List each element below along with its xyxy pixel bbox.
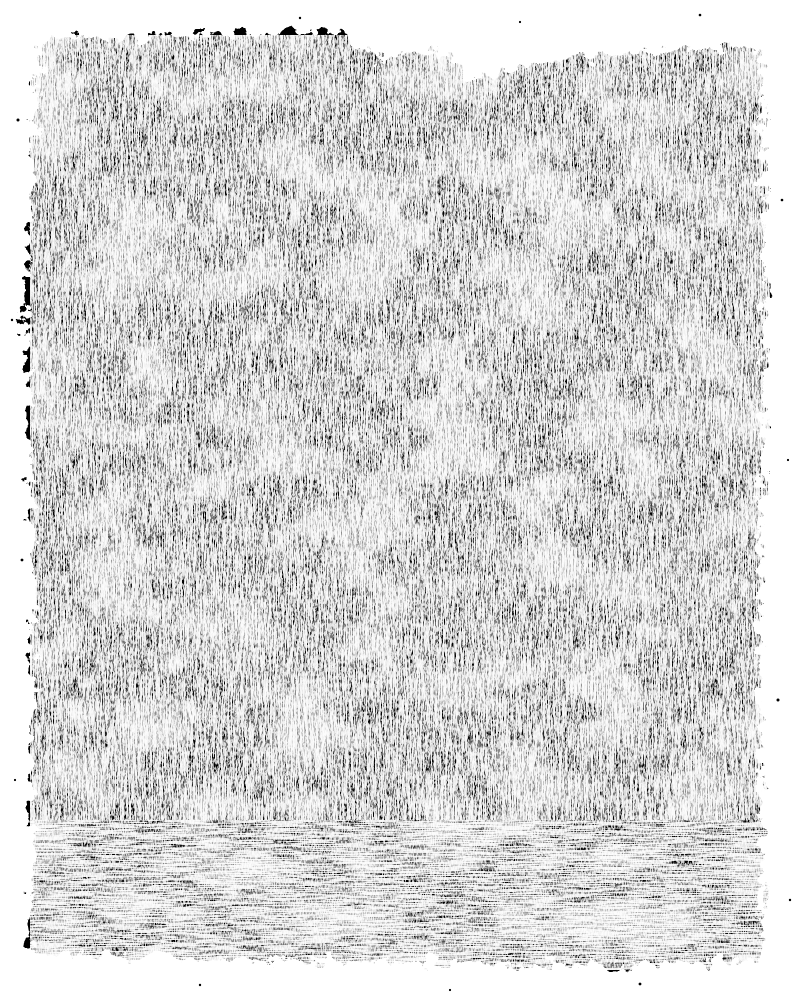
grunge-texture	[0, 0, 800, 1000]
grunge-texture-canvas	[0, 0, 800, 1000]
speckles	[0, 0, 800, 1000]
